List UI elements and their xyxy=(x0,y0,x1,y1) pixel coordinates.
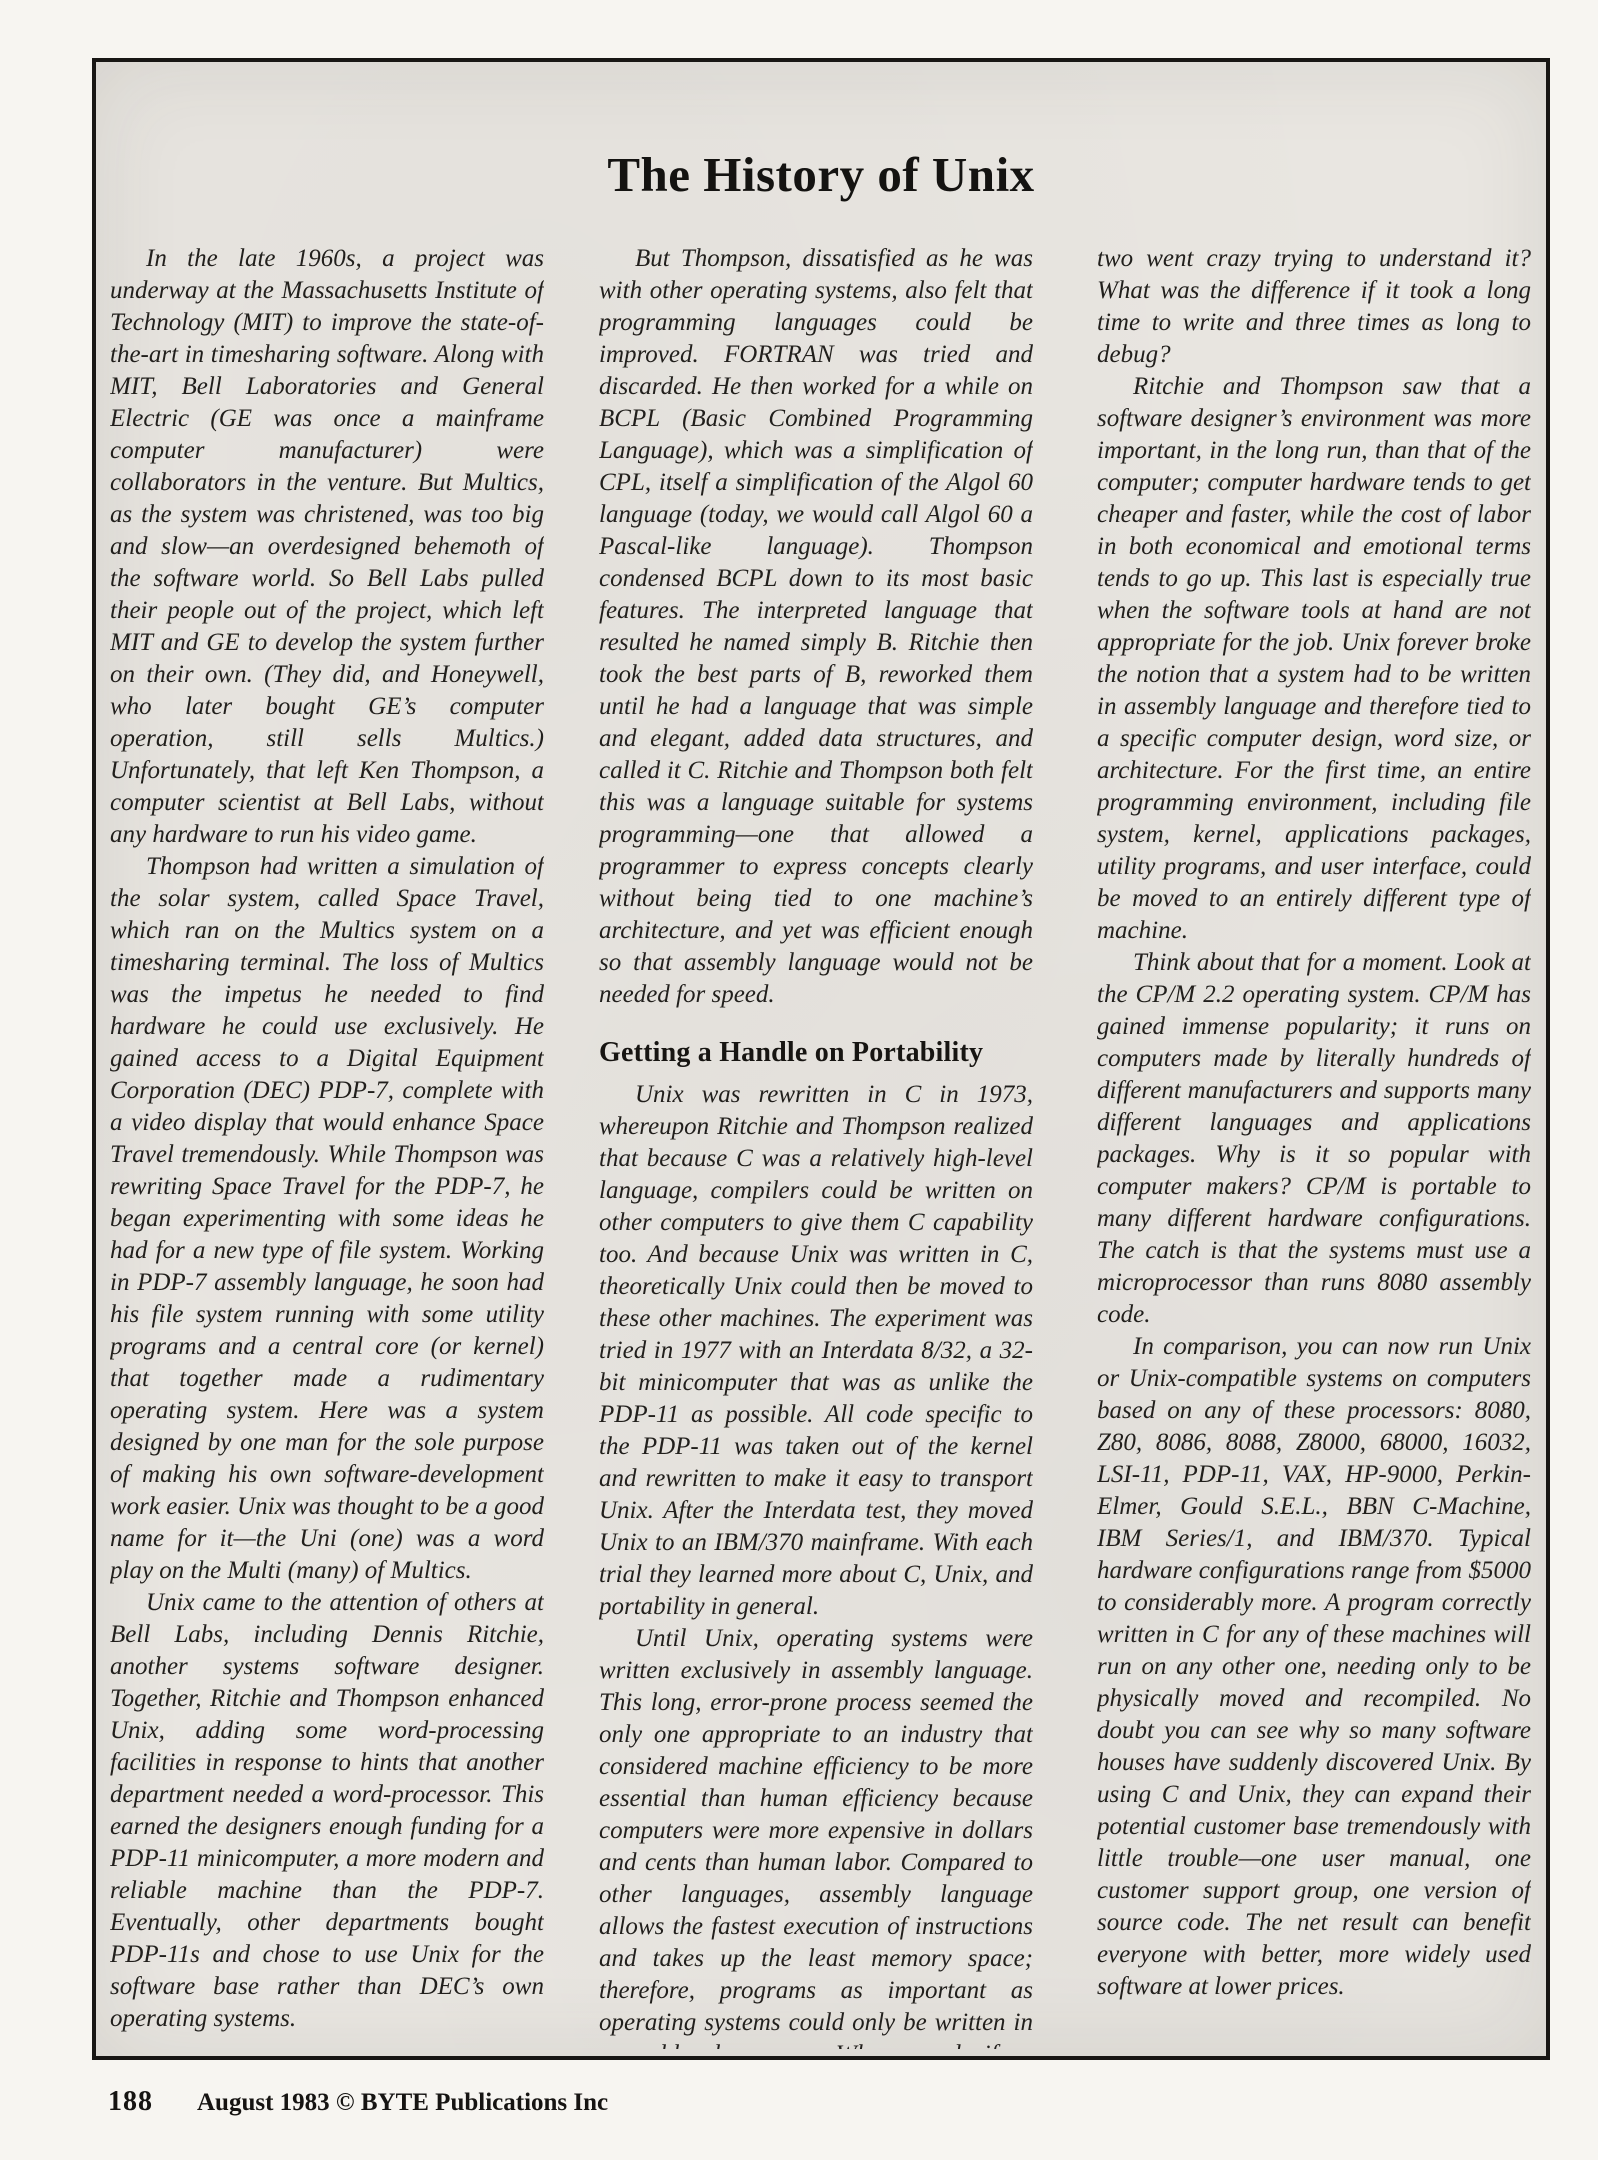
page-footer: 188 August 1983 © BYTE Publications Inc xyxy=(108,2086,608,2118)
article-paragraph: In the late 1960s, a project was underwa… xyxy=(110,243,544,851)
section-heading: Getting a Handle on Portability xyxy=(599,1037,1033,1069)
article-paragraph: Unix came to the attention of others at … xyxy=(110,1587,544,2035)
article-paragraph: But Thompson, dissatisfied as he was wit… xyxy=(599,243,1033,1011)
publication-credit: August 1983 © BYTE Publications Inc xyxy=(197,2089,608,2117)
article-paragraph: Until Unix, operating systems were writt… xyxy=(599,1623,1033,2049)
article-paragraph: Thompson had written a simulation of the… xyxy=(110,851,544,1587)
article-paragraph: Ritchie and Thompson saw that a software… xyxy=(1097,371,1531,947)
article-column-3: two went crazy trying to understand it? … xyxy=(1097,243,1531,2003)
article-paragraph: In comparison, you can now run Unix or U… xyxy=(1097,1331,1531,2003)
article-column-1: In the late 1960s, a project was underwa… xyxy=(110,243,544,2035)
article-title: The History of Unix xyxy=(92,146,1550,203)
article-paragraph: two went crazy trying to understand it? … xyxy=(1097,243,1531,371)
article-paragraph: Unix was rewritten in C in 1973, whereup… xyxy=(599,1079,1033,1623)
article-paragraph: Think about that for a moment. Look at t… xyxy=(1097,947,1531,1331)
magazine-page-scan: The History of Unix In the late 1960s, a… xyxy=(0,0,1598,2160)
page-number: 188 xyxy=(108,2086,153,2118)
article-column-2: But Thompson, dissatisfied as he was wit… xyxy=(599,243,1033,2049)
